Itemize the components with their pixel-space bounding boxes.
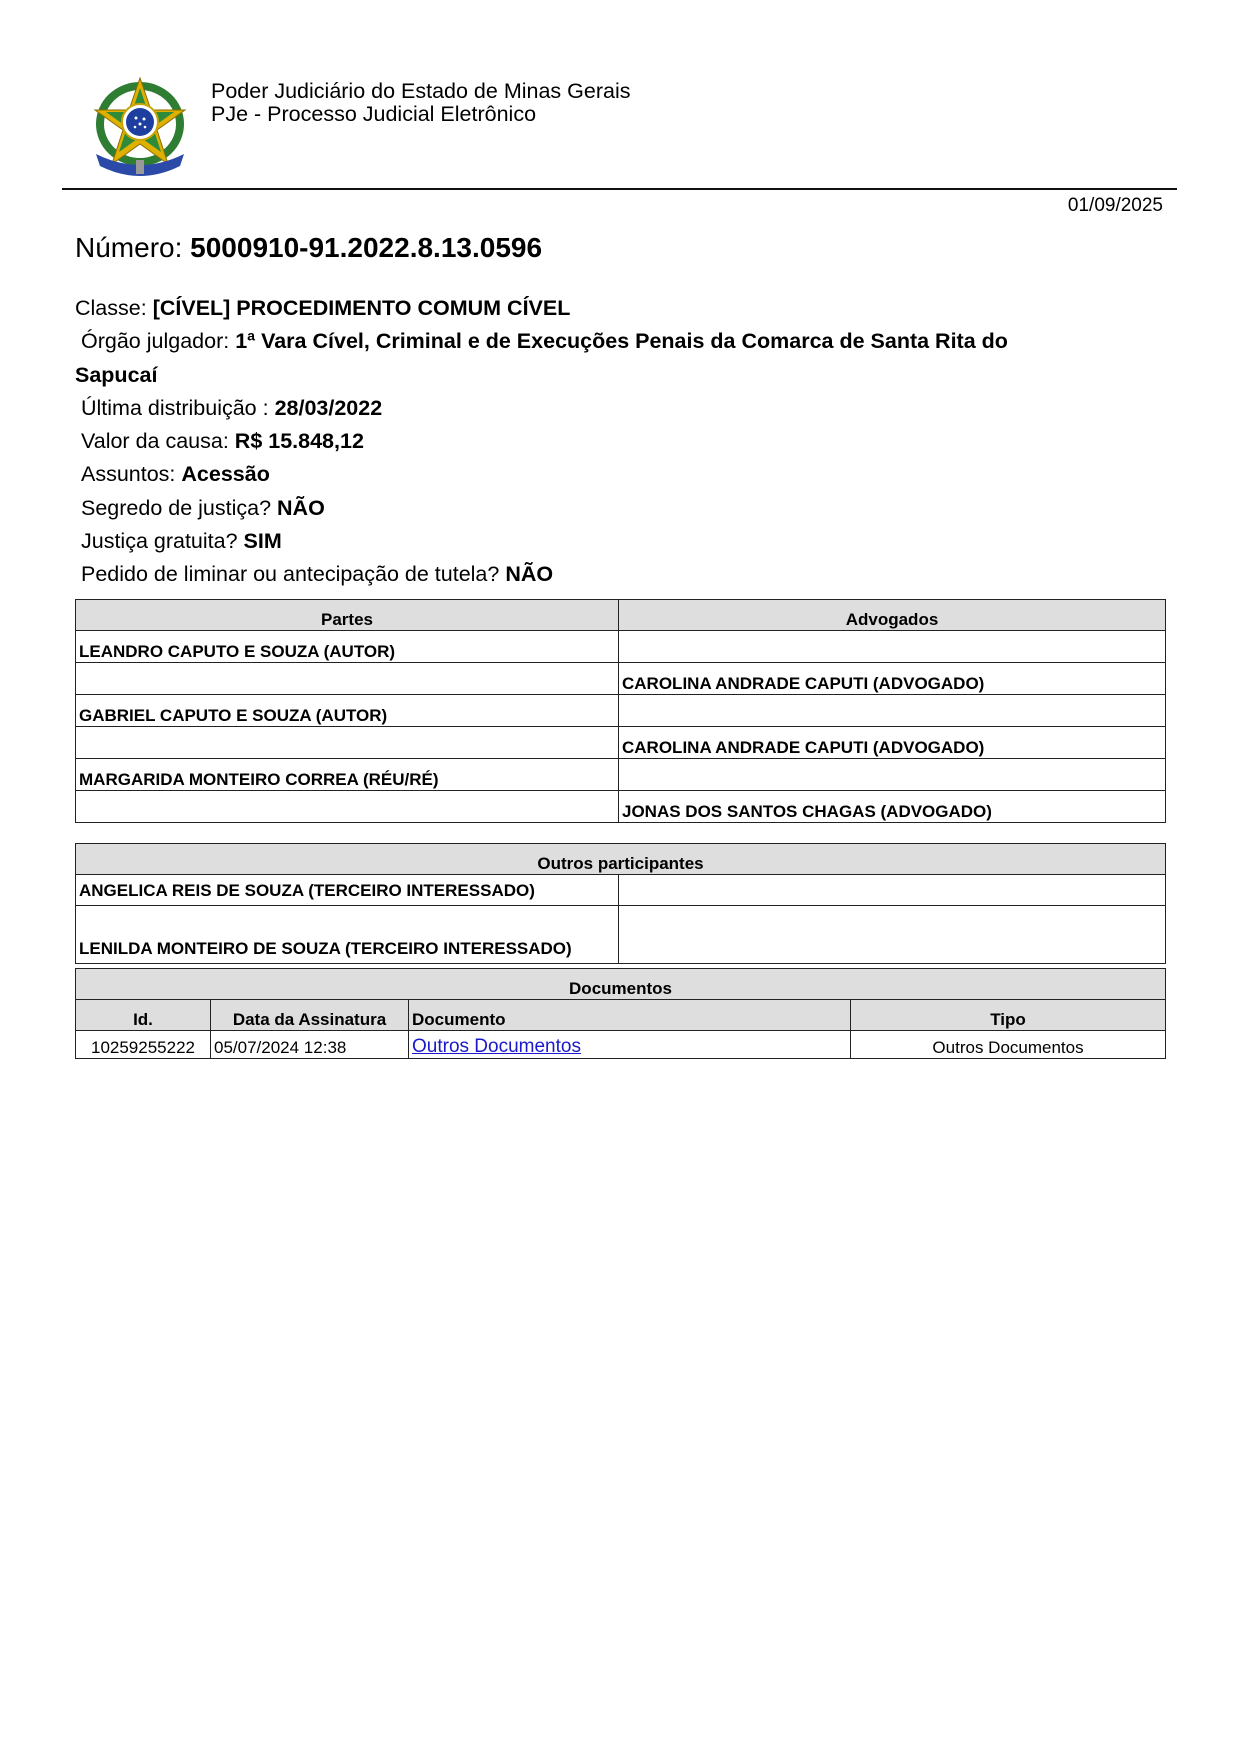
table-row: ANGELICA REIS DE SOUZA (TERCEIRO INTERES…	[76, 875, 1166, 906]
segredo-label: Segredo de justiça?	[81, 496, 271, 520]
lawyer-cell: CAROLINA ANDRADE CAPUTI (ADVOGADO)	[619, 663, 1166, 695]
parties-table: Partes Advogados LEANDRO CAPUTO E SOUZA …	[75, 599, 1166, 823]
table-column-header-row: Id. Data da Assinatura Documento Tipo	[76, 1000, 1166, 1031]
party-cell	[76, 791, 619, 823]
column-header-id: Id.	[76, 1000, 211, 1031]
distribuicao-value: 28/03/2022	[275, 396, 383, 420]
documents-header: Documentos	[76, 969, 1166, 1000]
party-cell: LEANDRO CAPUTO E SOUZA (AUTOR)	[76, 631, 619, 663]
organization-header: Poder Judiciário do Estado de Minas Gera…	[211, 80, 630, 126]
table-row: LENILDA MONTEIRO DE SOUZA (TERCEIRO INTE…	[76, 906, 1166, 964]
participant-extra-cell	[619, 875, 1166, 906]
column-header-advogados: Advogados	[619, 600, 1166, 631]
classe-label: Classe:	[75, 296, 147, 320]
table-row: LEANDRO CAPUTO E SOUZA (AUTOR)	[76, 631, 1166, 663]
column-header-partes: Partes	[76, 600, 619, 631]
party-cell: GABRIEL CAPUTO E SOUZA (AUTOR)	[76, 695, 619, 727]
process-info: Classe: [CÍVEL] PROCEDIMENTO COMUM CÍVEL…	[75, 292, 1165, 592]
document-id: 10259255222	[76, 1031, 211, 1059]
valor-row: Valor da causa: R$ 15.848,12	[75, 425, 1165, 458]
distribuicao-label: Última distribuição :	[81, 396, 269, 420]
liminar-row: Pedido de liminar ou antecipação de tute…	[75, 558, 1165, 591]
system-name: PJe - Processo Judicial Eletrônico	[211, 103, 630, 126]
documents-table: Documentos Id. Data da Assinatura Docume…	[75, 968, 1166, 1059]
classe-value: [CÍVEL] PROCEDIMENTO COMUM CÍVEL	[153, 296, 571, 320]
party-cell	[76, 727, 619, 759]
orgao-value-cont: Sapucaí	[75, 363, 157, 387]
process-number-label: Número:	[75, 232, 182, 263]
table-header-row: Partes Advogados	[76, 600, 1166, 631]
gratuita-value: SIM	[244, 529, 282, 553]
lawyer-cell	[619, 631, 1166, 663]
table-row: GABRIEL CAPUTO E SOUZA (AUTOR)	[76, 695, 1166, 727]
brazil-coat-of-arms-icon	[88, 72, 192, 186]
table-row: 10259255222 05/07/2024 12:38 Outros Docu…	[76, 1031, 1166, 1059]
column-header-tipo: Tipo	[851, 1000, 1166, 1031]
table-header-row: Documentos	[76, 969, 1166, 1000]
liminar-value: NÃO	[505, 562, 553, 586]
table-row: CAROLINA ANDRADE CAPUTI (ADVOGADO)	[76, 663, 1166, 695]
table-row: CAROLINA ANDRADE CAPUTI (ADVOGADO)	[76, 727, 1166, 759]
gratuita-row: Justiça gratuita? SIM	[75, 525, 1165, 558]
document-link[interactable]: Outros Documentos	[412, 1036, 581, 1057]
table-header-row: Outros participantes	[76, 844, 1166, 875]
segredo-value: NÃO	[277, 496, 325, 520]
orgao-row-cont: Sapucaí	[75, 359, 1165, 392]
gratuita-label: Justiça gratuita?	[81, 529, 238, 553]
column-header-documento: Documento	[409, 1000, 851, 1031]
orgao-value: 1ª Vara Cível, Criminal e de Execuções P…	[235, 329, 1008, 353]
print-date: 01/09/2025	[1068, 195, 1163, 217]
participant-extra-cell	[619, 906, 1166, 964]
orgao-row: Órgão julgador: 1ª Vara Cível, Criminal …	[75, 325, 1165, 358]
party-cell	[76, 663, 619, 695]
party-cell: MARGARIDA MONTEIRO CORREA (RÉU/RÉ)	[76, 759, 619, 791]
assuntos-label: Assuntos:	[81, 462, 175, 486]
valor-label: Valor da causa:	[81, 429, 229, 453]
assuntos-value: Acessão	[181, 462, 269, 486]
other-participants-table: Outros participantes ANGELICA REIS DE SO…	[75, 843, 1166, 964]
process-number: Número: 5000910-91.2022.8.13.0596	[75, 232, 542, 264]
lawyer-cell	[619, 759, 1166, 791]
document-type: Outros Documentos	[851, 1031, 1166, 1059]
document-signature-date: 05/07/2024 12:38	[211, 1031, 409, 1059]
classe-row: Classe: [CÍVEL] PROCEDIMENTO COMUM CÍVEL	[75, 292, 1165, 325]
table-row: JONAS DOS SANTOS CHAGAS (ADVOGADO)	[76, 791, 1166, 823]
column-header-data: Data da Assinatura	[211, 1000, 409, 1031]
participant-cell: LENILDA MONTEIRO DE SOUZA (TERCEIRO INTE…	[76, 906, 619, 964]
other-participants-header: Outros participantes	[76, 844, 1166, 875]
valor-value: R$ 15.848,12	[235, 429, 364, 453]
header-divider	[62, 188, 1177, 190]
org-name: Poder Judiciário do Estado de Minas Gera…	[211, 80, 630, 103]
liminar-label: Pedido de liminar ou antecipação de tute…	[81, 562, 499, 586]
document-cell: Outros Documentos	[409, 1031, 851, 1059]
participant-cell: ANGELICA REIS DE SOUZA (TERCEIRO INTERES…	[76, 875, 619, 906]
lawyer-cell: CAROLINA ANDRADE CAPUTI (ADVOGADO)	[619, 727, 1166, 759]
assuntos-row: Assuntos: Acessão	[75, 458, 1165, 491]
lawyer-cell	[619, 695, 1166, 727]
segredo-row: Segredo de justiça? NÃO	[75, 492, 1165, 525]
distribuicao-row: Última distribuição : 28/03/2022	[75, 392, 1165, 425]
lawyer-cell: JONAS DOS SANTOS CHAGAS (ADVOGADO)	[619, 791, 1166, 823]
process-number-value: 5000910-91.2022.8.13.0596	[190, 232, 542, 263]
orgao-label: Órgão julgador:	[81, 329, 229, 353]
table-row: MARGARIDA MONTEIRO CORREA (RÉU/RÉ)	[76, 759, 1166, 791]
